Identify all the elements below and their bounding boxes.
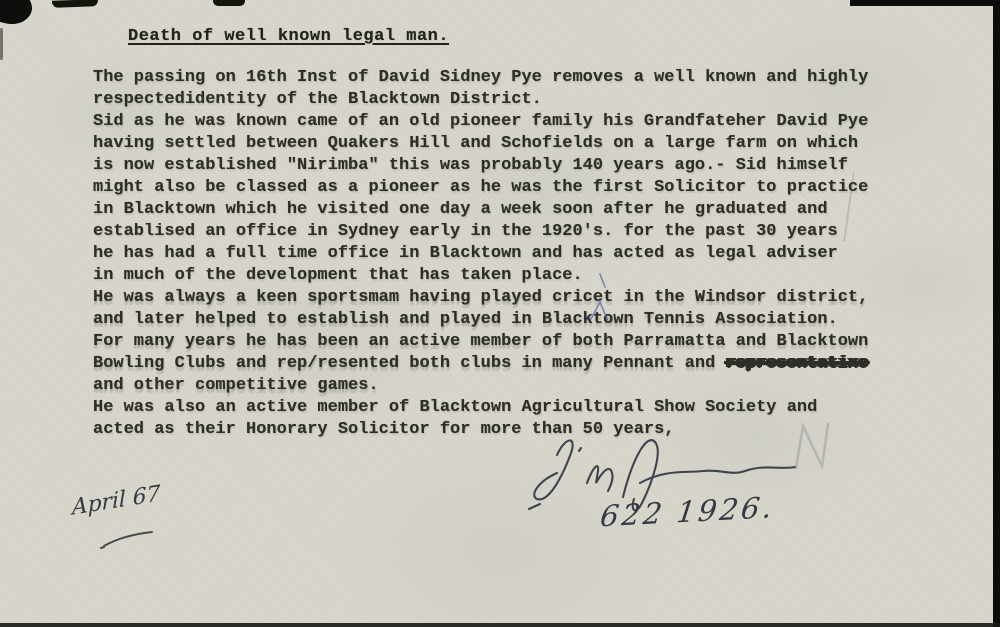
typed-line: and other competitive games. [93, 375, 913, 397]
scan-top-mark [213, 0, 245, 6]
date-annotation-handwriting: April 67 [68, 486, 188, 556]
typed-line: He was also an active member of Blacktow… [93, 397, 913, 419]
typed-text: He was also an active member of Blacktow… [93, 398, 817, 417]
scan-edge-right [993, 0, 1000, 627]
typed-text: respectedidentity of the Blacktown Distr… [93, 90, 542, 109]
typed-text: The passing on 16th Inst of David Sidney… [93, 68, 868, 87]
typed-line: he has had a full time office in Blackto… [93, 243, 913, 265]
faint-pencil-mark [790, 420, 836, 476]
typed-text: he has had a full time office in Blackto… [93, 244, 838, 263]
typed-line: The passing on 16th Inst of David Sidney… [93, 67, 913, 89]
typed-text: Sid as he was known came of an old pione… [93, 112, 868, 131]
typed-text: Bowling Clubs and rep/resented both club… [93, 354, 726, 373]
typed-text: having settled between Quakers Hill and … [93, 134, 858, 153]
underline-flourish [101, 532, 152, 548]
document-title: Death of well known legal man. [128, 27, 449, 46]
typed-line: in Blacktown which he visited one day a … [93, 199, 913, 221]
typed-line: He was always a keen sportsmam having pl… [93, 287, 913, 309]
typed-line: For many years he has been an active mem… [93, 331, 913, 353]
typed-body: The passing on 16th Inst of David Sidney… [93, 67, 913, 441]
typed-text: might also be classed as a pioneer as he… [93, 178, 868, 197]
typed-line: is now established "Nirimba" this was pr… [93, 155, 913, 177]
date-annotation-text: April 67 [70, 480, 162, 521]
typed-line: establised an office in Sydney early in … [93, 221, 913, 243]
typed-line: having settled between Quakers Hill and … [93, 133, 913, 155]
proofreading-caret-mark [585, 270, 617, 326]
scan-edge-top-right [850, 0, 1000, 6]
typed-line: respectedidentity of the Blacktown Distr… [93, 89, 913, 111]
scanned-document: Death of well known legal man. The passi… [0, 0, 1000, 627]
reference-number-handwriting: 622 1926. [598, 488, 818, 544]
scan-left-smudge [0, 28, 3, 60]
typed-line: might also be classed as a pioneer as he… [93, 177, 913, 199]
overstruck-word: representatixe [726, 354, 869, 373]
typed-line: in much of the development that has take… [93, 265, 913, 287]
typed-line: Sid as he was known came of an old pione… [93, 111, 913, 133]
scan-edge-bottom [0, 623, 1000, 627]
typed-text: For many years he has been an active mem… [93, 332, 868, 351]
typed-line: Bowling Clubs and rep/resented both club… [93, 353, 913, 375]
typed-text: He was always a keen sportsmam having pl… [93, 288, 868, 307]
typed-text: in Blacktown which he visited one day a … [93, 200, 828, 219]
scan-corner-blob [0, 0, 35, 28]
typed-line: and later helped to establish and played… [93, 309, 913, 331]
typed-text: is now established "Nirimba" this was pr… [93, 156, 848, 175]
typed-text: and later helped to establish and played… [93, 310, 838, 329]
typed-text: in much of the development that has take… [93, 266, 583, 285]
typed-text: and other competitive games. [93, 376, 379, 395]
typed-text: establised an office in Sydney early in … [93, 222, 838, 241]
scan-top-mark [52, 0, 98, 8]
reference-number-text: 622 1926. [598, 490, 777, 533]
